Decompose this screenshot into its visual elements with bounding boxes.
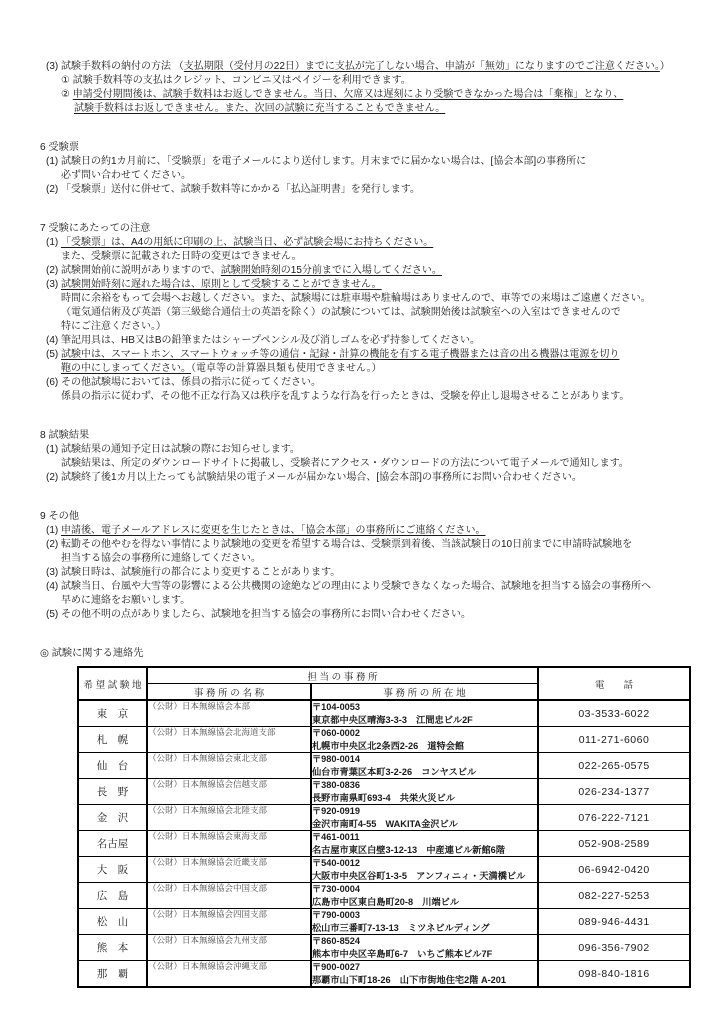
line-text: 時間に余裕をもって会場へお越しください。また、試験場には駐車場や駐輪場はありませ… [61, 293, 651, 304]
header-phone: 電 話 [538, 667, 690, 700]
line-text: その他試験場においては、係員の指示に従ってください。 [61, 377, 321, 388]
city-cell: 仙 台 [78, 753, 147, 779]
postal-code: 〒060-0002 [312, 727, 537, 740]
contact-heading: ◎ 試験に関する連絡先 [0, 647, 724, 661]
doc-line: 係員の指示に従わず、その他不正な行為又は秩序を乱すような行為を行ったときは、受験… [0, 390, 724, 404]
header-desired-test-site: 希 望 試 験 地 [78, 667, 147, 700]
office-name-cell: （公財）日本無線協会中国支部 [147, 883, 311, 909]
address-line: 仙台市青葉区本町3-2-26 コンヤスビル [312, 766, 537, 779]
office-address-cell: 〒980-0014 仙台市青葉区本町3-2-26 コンヤスビル [311, 753, 538, 779]
doc-line: (4) 筆記用具は、HB又はBの鉛筆またはシャープペンシル及び消しゴムを必ず持参… [0, 334, 724, 348]
line-underlined-text: 申請後、電子メールアドレスに変更を生じたときは、「協会本部」の事務所にご連絡くだ… [61, 525, 486, 536]
phone-cell: 06-6942-0420 [538, 857, 690, 883]
doc-line: ① 試験手数料等の支払はクレジット、コンビニ又はペイジーを利用できます。 [0, 74, 724, 88]
postal-code: 〒380-0836 [312, 779, 537, 792]
postal-code: 〒980-0014 [312, 753, 537, 766]
line-label: (5) [46, 349, 61, 360]
line-text: 6 受験票 [40, 142, 79, 153]
line-label: (2) [46, 472, 61, 483]
doc-line [0, 404, 724, 429]
city-cell: 広 島 [78, 883, 147, 909]
address-line: 東京都中央区晴海3-3-3 江間忠ビル2F [312, 714, 537, 727]
address-line: 長野市南県町693-4 共栄火災ビル [312, 792, 537, 805]
line-text: 試験終了後1カ月以上たっても試験結果の電子メールが届かない場合、[協会本部]の事… [61, 472, 582, 483]
line-text: 試験日時は、試験施行の都合により変更することがあります。 [61, 567, 340, 578]
table-row: 札 幌 （公財）日本無線協会北海道支部 〒060-0002 札幌市中央区北2条西… [78, 727, 690, 753]
doc-line: (2) 転勤その他やむを得ない事情により試験地の変更を希望する場合は、受験票到着… [0, 538, 724, 552]
contact-table: 希 望 試 験 地 担 当 の 事 務 所 電 話 事 務 所 の 名 称 事 … [77, 666, 691, 988]
line-label: (2) [46, 539, 61, 550]
doc-line: また、受験票に記載された日時の変更はできません。 [0, 250, 724, 264]
table-header-row-1: 希 望 試 験 地 担 当 の 事 務 所 電 話 [78, 667, 690, 684]
city-cell: 名古屋 [78, 831, 147, 857]
table-row: 仙 台 （公財）日本無線協会東北支部 〒980-0014 仙台市青葉区本町3-2… [78, 753, 690, 779]
line-text: 試験手数料等の支払はクレジット、コンビニ又はペイジーを利用できます。 [73, 75, 411, 86]
doc-line: (1) 申請後、電子メールアドレスに変更を生じたときは、「協会本部」の事務所にご… [0, 524, 724, 538]
phone-cell: 052-908-2589 [538, 831, 690, 857]
office-name-cell: （公財）日本無線協会四国支部 [147, 909, 311, 935]
line-label: (3) [46, 61, 61, 72]
city-cell: 松 山 [78, 909, 147, 935]
line-underlined-text: 鞄の中にしまってください。 [61, 363, 191, 374]
address-line: 名古屋市東区白壁3-12-13 中産連ビル新館6階 [312, 844, 537, 857]
line-text: その他不明の点がありましたら、試験地を担当する協会の事務所にお問い合わせください… [61, 609, 471, 620]
office-address-cell: 〒060-0002 札幌市中央区北2条西2-26 道特会館 [311, 727, 538, 753]
line-text-after: ） [660, 61, 670, 72]
office-address-cell: 〒380-0836 長野市南県町693-4 共栄火災ビル [311, 779, 538, 805]
line-text: 転勤その他やむを得ない事情により試験地の変更を希望する場合は、受験票到着後、当該… [61, 539, 632, 550]
doc-line: (3) 試験開始時刻に遅れた場合は、原則として受験することができません。 [0, 278, 724, 292]
office-name-cell: （公財）日本無線協会北海道支部 [147, 727, 311, 753]
doc-line: 試験結果は、所定のダウンロードサイトに掲載し、受験者にアクセス・ダウンロードの方… [0, 457, 724, 471]
city-cell: 札 幌 [78, 727, 147, 753]
table-row: 広 島 （公財）日本無線協会中国支部 〒730-0004 広島市中区東白島町20… [78, 883, 690, 909]
line-label: (5) [46, 609, 61, 620]
doc-line: （電気通信術及び英語（第三級総合通信士の英語を除く）の試験については、試験開始後… [0, 306, 724, 320]
office-address-cell: 〒461-0011 名古屋市東区白壁3-12-13 中産連ビル新館6階 [311, 831, 538, 857]
line-text: 8 試験結果 [40, 430, 89, 441]
line-text: また、受験票に記載された日時の変更はできません。 [61, 251, 302, 262]
city-cell: 熊 本 [78, 935, 147, 961]
doc-line: 鞄の中にしまってください。（電卓等の計算器具類も使用できません。） [0, 362, 724, 376]
line-label: ② [61, 89, 73, 100]
address-line: 松山市三番町7-13-13 ミツネビルディング [312, 922, 537, 935]
phone-cell: 03-3533-6022 [538, 700, 690, 727]
office-name-cell: （公財）日本無線協会東海支部 [147, 831, 311, 857]
address-line: 熊本市中央区辛島町6-7 いちご熊本ビル7F [312, 948, 537, 961]
doc-line: (4) 試験当日、台風や大雪等の影響による公共機関の途絶などの理由により受験でき… [0, 580, 724, 594]
office-address-cell: 〒730-0004 広島市中区東白島町20-8 川端ビル [311, 883, 538, 909]
doc-line: 試験手数料はお返しできません。また、次回の試験に充当することもできません。 [0, 102, 724, 116]
line-text: 筆記用具は、HB又はBの鉛筆またはシャープペンシル及び消しゴムを必ず持参してくだ… [61, 335, 480, 346]
line-text-after: （電卓等の計算器具類も使用できません。） [191, 363, 382, 374]
doc-line [0, 116, 724, 141]
header-office-name: 事 務 所 の 名 称 [147, 684, 311, 701]
doc-line: 特にご注意ください。） [0, 320, 724, 334]
doc-line: (2) 「受験票」送付に併せて、試験手数料等にかかる「払込証明書」を発行します。 [0, 183, 724, 197]
line-label: (2) [46, 265, 61, 276]
line-text: 試験当日、台風や大雪等の影響による公共機関の途絶などの理由により受験できなくなっ… [61, 581, 651, 592]
line-text: 試験開始前に説明がありますので、 [61, 265, 221, 276]
line-text: 「受験票」送付に併せて、試験手数料等にかかる「払込証明書」を発行します。 [61, 184, 420, 195]
phone-cell: 026-234-1377 [538, 779, 690, 805]
header-office-address: 事 務 所 の 所 在 地 [311, 684, 538, 701]
table-row: 東 京 （公財）日本無線協会本部 〒104-0053 東京都中央区晴海3-3-3… [78, 700, 690, 727]
address-line: 金沢市南町4-55 WAKITA金沢ビル [312, 818, 537, 831]
phone-cell: 076-222-7121 [538, 805, 690, 831]
line-underlined-text: 試験開始時刻に遅れた場合は、原則として受験することができません。 [61, 279, 382, 290]
phone-cell: 089-946-4431 [538, 909, 690, 935]
city-cell: 大 阪 [78, 857, 147, 883]
line-text: 試験日の約1カ月前に、「受験票」を電子メールにより送付します。月末までに届かない… [61, 156, 586, 167]
office-name-cell: （公財）日本無線協会近畿支部 [147, 857, 311, 883]
line-text: 9 その他 [40, 511, 79, 522]
doc-line: (5) その他不明の点がありましたら、試験地を担当する協会の事務所にお問い合わせ… [0, 608, 724, 622]
postal-code: 〒790-0003 [312, 909, 537, 922]
doc-line: 時間に余裕をもって会場へお越しください。また、試験場には駐車場や駐輪場はありませ… [0, 292, 724, 306]
phone-cell: 098-840-1816 [538, 961, 690, 988]
doc-line: 担当する協会の事務所に連絡してください。 [0, 552, 724, 566]
office-name-cell: （公財）日本無線協会信越支部 [147, 779, 311, 805]
postal-code: 〒900-0027 [312, 961, 537, 974]
doc-line: 6 受験票 [0, 141, 724, 155]
phone-cell: 011-271-6060 [538, 727, 690, 753]
line-text: 試験結果の通知予定日は試験の際にお知らせします。 [61, 444, 300, 455]
line-underlined-text: 試験開始時刻の15分前までに入場してください。 [221, 265, 442, 276]
line-text: （電気通信術及び英語（第三級総合通信士の英語を除く）の試験については、試験開始後… [61, 307, 621, 318]
office-address-cell: 〒540-0012 大阪市中央区谷町1-3-5 アンフィニィ・天満橋ビル [311, 857, 538, 883]
table-row: 大 阪 （公財）日本無線協会近畿支部 〒540-0012 大阪市中央区谷町1-3… [78, 857, 690, 883]
header-office-group: 担 当 の 事 務 所 [147, 667, 538, 684]
line-underlined-text: 支払期限（受付月の22日）までに支払が完了しない場合、申請が「無効」になりますの… [184, 61, 660, 72]
office-name-cell: （公財）日本無線協会本部 [147, 700, 311, 727]
doc-line: ② 申請受付期間後は、試験手数料はお返しできません。当日、欠席又は遅刻により受験… [0, 88, 724, 102]
table-row: 名古屋 （公財）日本無線協会東海支部 〒461-0011 名古屋市東区白壁3-1… [78, 831, 690, 857]
address-line: 那覇市山下町18-26 山下市街地住宅2階 A-201 [312, 974, 537, 987]
city-cell: 東 京 [78, 700, 147, 727]
office-address-cell: 〒104-0053 東京都中央区晴海3-3-3 江間忠ビル2F [311, 700, 538, 727]
doc-line: (1) 「受験票」は、A4の用紙に印刷の上、試験当日、必ず試験会場にお持ちくださ… [0, 236, 724, 250]
table-row: 金 沢 （公財）日本無線協会北陸支部 〒920-0919 金沢市南町4-55 W… [78, 805, 690, 831]
office-name-cell: （公財）日本無線協会東北支部 [147, 753, 311, 779]
table-row: 松 山 （公財）日本無線協会四国支部 〒790-0003 松山市三番町7-13-… [78, 909, 690, 935]
office-name-cell: （公財）日本無線協会沖縄支部 [147, 961, 311, 988]
line-label: (1) [46, 156, 61, 167]
office-address-cell: 〒900-0027 那覇市山下町18-26 山下市街地住宅2階 A-201 [311, 961, 538, 988]
line-label: (2) [46, 184, 61, 195]
office-address-cell: 〒920-0919 金沢市南町4-55 WAKITA金沢ビル [311, 805, 538, 831]
line-underlined-text: 試験手数料はお返しできません。また、次回の試験に充当することもできません。 [74, 103, 445, 114]
doc-line: (1) 試験日の約1カ月前に、「受験票」を電子メールにより送付します。月末までに… [0, 155, 724, 169]
address-line: 大阪市中央区谷町1-3-5 アンフィニィ・天満橋ビル [312, 870, 537, 883]
doc-line: (2) 試験開始前に説明がありますので、試験開始時刻の15分前までに入場してくだ… [0, 264, 724, 278]
doc-line: 8 試験結果 [0, 429, 724, 443]
line-label: (3) [46, 567, 61, 578]
line-text: 試験手数料の納付の方法 （ [61, 61, 184, 72]
doc-line: (2) 試験終了後1カ月以上たっても試験結果の電子メールが届かない場合、[協会本… [0, 471, 724, 485]
postal-code: 〒730-0004 [312, 883, 537, 896]
table-row: 熊 本 （公財）日本無線協会九州支部 〒860-8524 熊本市中央区辛島町6-… [78, 935, 690, 961]
line-text: 特にご注意ください。） [61, 321, 166, 332]
postal-code: 〒860-8524 [312, 935, 537, 948]
doc-line: (6) その他試験場においては、係員の指示に従ってください。 [0, 376, 724, 390]
phone-cell: 082-227-5253 [538, 883, 690, 909]
table-row: 那 覇 （公財）日本無線協会沖縄支部 〒900-0027 那覇市山下町18-26… [78, 961, 690, 988]
postal-code: 〒540-0012 [312, 857, 537, 870]
doc-line: (1) 試験結果の通知予定日は試験の際にお知らせします。 [0, 443, 724, 457]
line-underlined-text: 「受験票」は、A4の用紙に印刷の上、試験当日、必ず試験会場にお持ちください。 [61, 237, 433, 248]
doc-text: (3) 試験手数料の納付の方法 （支払期限（受付月の22日）までに支払が完了しな… [0, 60, 724, 622]
doc-line: 9 その他 [0, 510, 724, 524]
postal-code: 〒920-0919 [312, 805, 537, 818]
address-line: 広島市中区東白島町20-8 川端ビル [312, 896, 537, 909]
doc-line: 必ず問い合わせてください。 [0, 169, 724, 183]
office-address-cell: 〒860-8524 熊本市中央区辛島町6-7 いちご熊本ビル7F [311, 935, 538, 961]
line-underlined-text: 試験中は、スマートホン、スマートウォッチ等の通信・記録・計算の機能を有する電子機… [61, 349, 619, 360]
line-text: 担当する協会の事務所に連絡してください。 [61, 553, 261, 564]
doc-line: (3) 試験手数料の納付の方法 （支払期限（受付月の22日）までに支払が完了しな… [0, 60, 724, 74]
city-cell: 金 沢 [78, 805, 147, 831]
document-page: (3) 試験手数料の納付の方法 （支払期限（受付月の22日）までに支払が完了しな… [0, 0, 724, 1024]
office-name-cell: （公財）日本無線協会九州支部 [147, 935, 311, 961]
doc-line [0, 197, 724, 222]
line-label: (6) [46, 377, 61, 388]
line-text: 早めに連絡をお願いします。 [61, 595, 190, 606]
line-label: ① [61, 75, 73, 86]
phone-cell: 096-356-7902 [538, 935, 690, 961]
doc-line [0, 485, 724, 510]
doc-line: (3) 試験日時は、試験施行の都合により変更することがあります。 [0, 566, 724, 580]
line-label: (4) [46, 581, 61, 592]
line-text: 7 受験にあたっての注意 [40, 223, 150, 234]
line-label: (1) [46, 444, 61, 455]
doc-line: 早めに連絡をお願いします。 [0, 594, 724, 608]
office-name-cell: （公財）日本無線協会北陸支部 [147, 805, 311, 831]
line-text: 必ず問い合わせてください。 [61, 170, 191, 181]
doc-line: (5) 試験中は、スマートホン、スマートウォッチ等の通信・記録・計算の機能を有す… [0, 348, 724, 362]
line-text: 試験結果は、所定のダウンロードサイトに掲載し、受験者にアクセス・ダウンロードの方… [61, 458, 629, 469]
city-cell: 長 野 [78, 779, 147, 805]
line-label: (4) [46, 335, 61, 346]
postal-code: 〒104-0053 [312, 701, 537, 714]
line-label: (3) [46, 279, 61, 290]
office-address-cell: 〒790-0003 松山市三番町7-13-13 ミツネビルディング [311, 909, 538, 935]
doc-line: 7 受験にあたっての注意 [0, 222, 724, 236]
city-cell: 那 覇 [78, 961, 147, 988]
line-label: (1) [46, 525, 61, 536]
table-row: 長 野 （公財）日本無線協会信越支部 〒380-0836 長野市南県町693-4… [78, 779, 690, 805]
postal-code: 〒461-0011 [312, 831, 537, 844]
address-line: 札幌市中央区北2条西2-26 道特会館 [312, 740, 537, 753]
line-underlined-text: 申請受付期間後は、試験手数料はお返しできません。当日、欠席又は遅刻により受験でき… [73, 89, 624, 100]
line-label: (1) [46, 237, 61, 248]
phone-cell: 022-265-0575 [538, 753, 690, 779]
line-text: 係員の指示に従わず、その他不正な行為又は秩序を乱すような行為を行ったときは、受験… [61, 391, 629, 402]
